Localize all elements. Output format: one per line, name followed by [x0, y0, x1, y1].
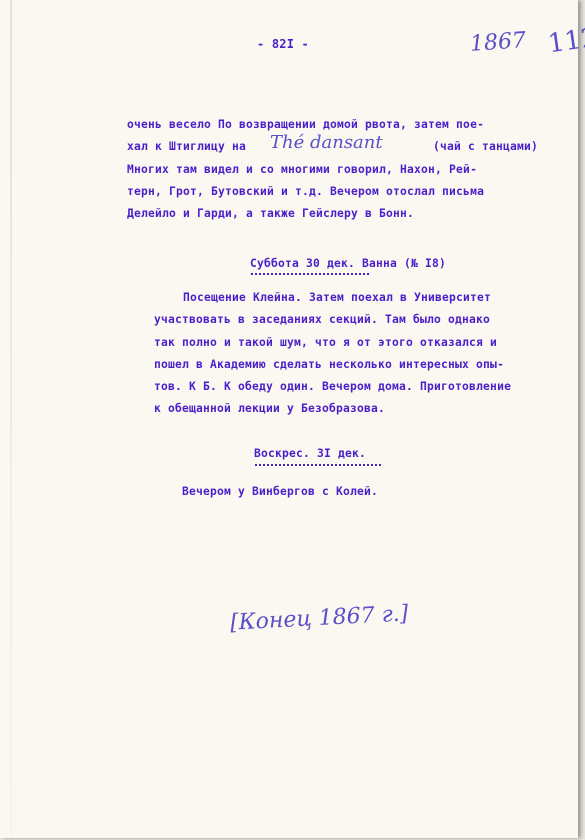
- text-line: очень весело По возвращении домой рвота,…: [127, 118, 484, 131]
- heading-underline: [251, 273, 369, 275]
- text-line: Делейло и Гарди, а также Гейслеру в Бонн…: [127, 207, 414, 220]
- text-line: пошел в Академию сделать несколько интер…: [154, 358, 504, 371]
- text-line: так полно и такой шум, что я от этого от…: [154, 336, 497, 349]
- handwritten-insert: Thé dansant: [270, 132, 383, 153]
- text-line: Вечером у Винбергов с Колей.: [182, 485, 378, 498]
- text-line: Многих там видел и со многими говорил, Н…: [127, 163, 477, 176]
- document-page: - 82I - 1867 112 очень весело По возвращ…: [0, 0, 578, 838]
- text-line: к обещанной лекции у Безобразова.: [154, 402, 385, 415]
- heading-underline: [255, 464, 381, 466]
- text-line: хал к Штиглицу на: [127, 140, 246, 153]
- text-line: тов. К Б. К обеду один. Вечером дома. Пр…: [154, 380, 511, 393]
- page-number: - 82I -: [257, 37, 309, 51]
- text-line: Посещение Клейна. Затем поехал в Универс…: [183, 291, 491, 304]
- text-line: участвовать в заседаниях секций. Там был…: [154, 313, 490, 326]
- year-annotation: 1867: [469, 28, 527, 57]
- entry-heading-sunday: Воскрес. 3I дек.: [254, 447, 366, 460]
- text-line: (чай с танцами): [433, 140, 538, 153]
- entry-heading-saturday: Суббота 30 дек. Ванна (№ I8): [250, 257, 446, 270]
- folio-number: 112: [546, 23, 585, 60]
- handwritten-end-note: [Конец 1867 г.]: [229, 601, 408, 635]
- text-line: терн, Грот, Бутовский и т.д. Вечером ото…: [127, 185, 484, 198]
